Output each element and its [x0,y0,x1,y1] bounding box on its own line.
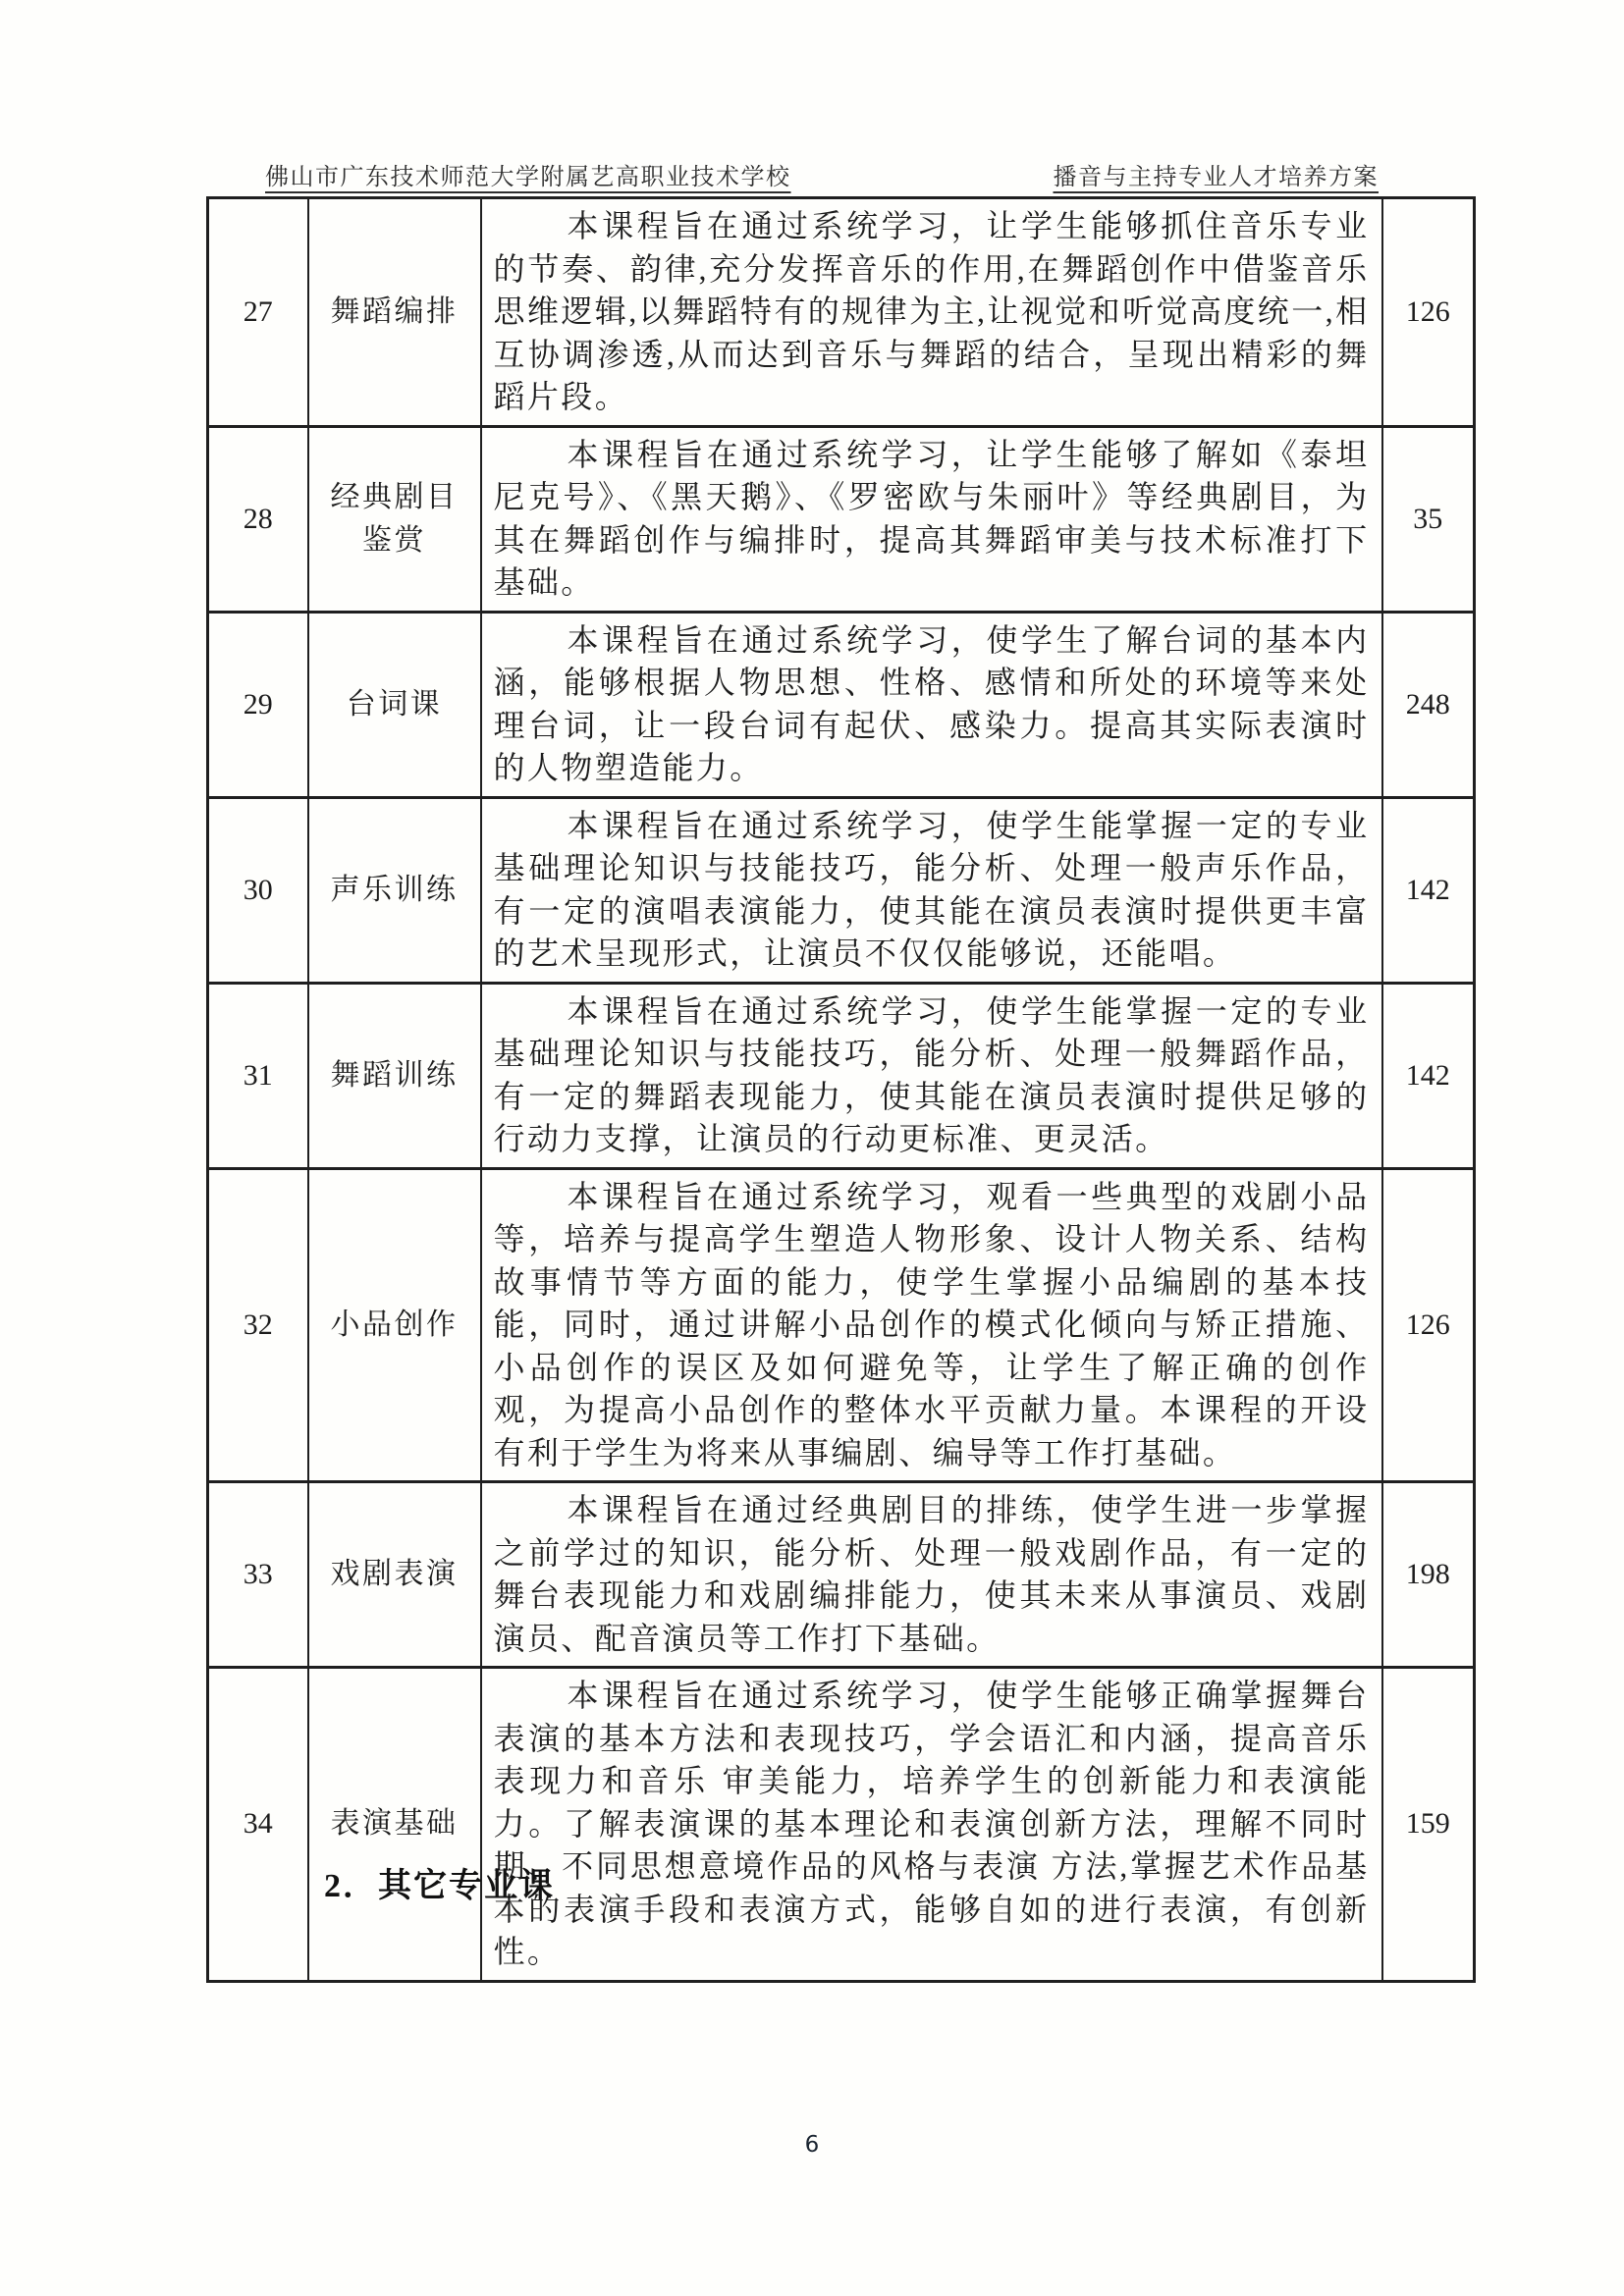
course-hours-cell: 142 [1382,983,1475,1168]
table-row: 27 舞蹈编排 本课程旨在通过系统学习，让学生能够抓住音乐专业的节奏、韵律,充分… [208,198,1475,427]
course-desc-cell: 本课程旨在通过系统学习，观看一些典型的戏剧小品等，培养与提高学生塑造人物形象、设… [481,1168,1382,1482]
document-page: 佛山市广东技术师范大学附属艺高职业技术学校 播音与主持专业人才培养方案 27 舞… [0,0,1624,2296]
course-desc-cell: 本课程旨在通过系统学习，使学生了解台词的基本内涵，能够根据人物思想、性格、感情和… [481,612,1382,797]
course-hours-cell: 159 [1382,1668,1475,1982]
course-name-cell: 经典剧目鉴赏 [308,426,481,612]
row-number-cell: 28 [208,426,308,612]
course-name-cell: 声乐训练 [308,797,481,983]
page-number: 6 [0,2132,1624,2158]
course-name-cell: 舞蹈编排 [308,198,481,427]
row-number-cell: 31 [208,983,308,1168]
row-number-cell: 30 [208,797,308,983]
table-row: 30 声乐训练 本课程旨在通过系统学习，使学生能掌握一定的专业基础理论知识与技能… [208,797,1475,983]
row-number-cell: 34 [208,1668,308,1982]
course-name-cell: 戏剧表演 [308,1482,481,1668]
table-row: 31 舞蹈训练 本课程旨在通过系统学习，使学生能掌握一定的专业基础理论知识与技能… [208,983,1475,1168]
course-hours-cell: 126 [1382,198,1475,427]
course-desc-cell: 本课程旨在通过经典剧目的排练，使学生进一步掌握之前学过的知识，能分析、处理一般戏… [481,1482,1382,1668]
table-row: 28 经典剧目鉴赏 本课程旨在通过系统学习，让学生能够了解如《泰坦尼克号》、《黑… [208,426,1475,612]
course-name-cell: 表演基础 [308,1668,481,1982]
table-row: 34 表演基础 本课程旨在通过系统学习，使学生能够正确掌握舞台表演的基本方法和表… [208,1668,1475,1982]
table-row: 33 戏剧表演 本课程旨在通过经典剧目的排练，使学生进一步掌握之前学过的知识，能… [208,1482,1475,1668]
course-hours-cell: 35 [1382,426,1475,612]
course-desc-cell: 本课程旨在通过系统学习，让学生能够抓住音乐专业的节奏、韵律,充分发挥音乐的作用,… [481,198,1382,427]
row-number-cell: 33 [208,1482,308,1668]
course-hours-cell: 126 [1382,1168,1475,1482]
course-desc-cell: 本课程旨在通过系统学习，使学生能够正确掌握舞台表演的基本方法和表现技巧，学会语汇… [481,1668,1382,1982]
course-hours-cell: 198 [1382,1482,1475,1668]
course-desc-cell: 本课程旨在通过系统学习，让学生能够了解如《泰坦尼克号》、《黑天鹅》、《罗密欧与朱… [481,426,1382,612]
table-row: 29 台词课 本课程旨在通过系统学习，使学生了解台词的基本内涵，能够根据人物思想… [208,612,1475,797]
course-hours-cell: 248 [1382,612,1475,797]
header-school-name: 佛山市广东技术师范大学附属艺高职业技术学校 [265,157,791,191]
section-heading: 2．其它专业课 [324,1858,555,1906]
course-desc-cell: 本课程旨在通过系统学习，使学生能掌握一定的专业基础理论知识与技能技巧，能分析、处… [481,983,1382,1168]
course-name-cell: 舞蹈训练 [308,983,481,1168]
table-row: 32 小品创作 本课程旨在通过系统学习，观看一些典型的戏剧小品等，培养与提高学生… [208,1168,1475,1482]
row-number-cell: 29 [208,612,308,797]
document-header: 佛山市广东技术师范大学附属艺高职业技术学校 播音与主持专业人才培养方案 [265,157,1379,191]
row-number-cell: 32 [208,1168,308,1482]
course-desc-cell: 本课程旨在通过系统学习，使学生能掌握一定的专业基础理论知识与技能技巧，能分析、处… [481,797,1382,983]
course-hours-cell: 142 [1382,797,1475,983]
course-name-cell: 小品创作 [308,1168,481,1482]
header-program-name: 播音与主持专业人才培养方案 [1054,157,1380,191]
row-number-cell: 27 [208,198,308,427]
course-name-cell: 台词课 [308,612,481,797]
course-table: 27 舞蹈编排 本课程旨在通过系统学习，让学生能够抓住音乐专业的节奏、韵律,充分… [206,196,1476,1983]
